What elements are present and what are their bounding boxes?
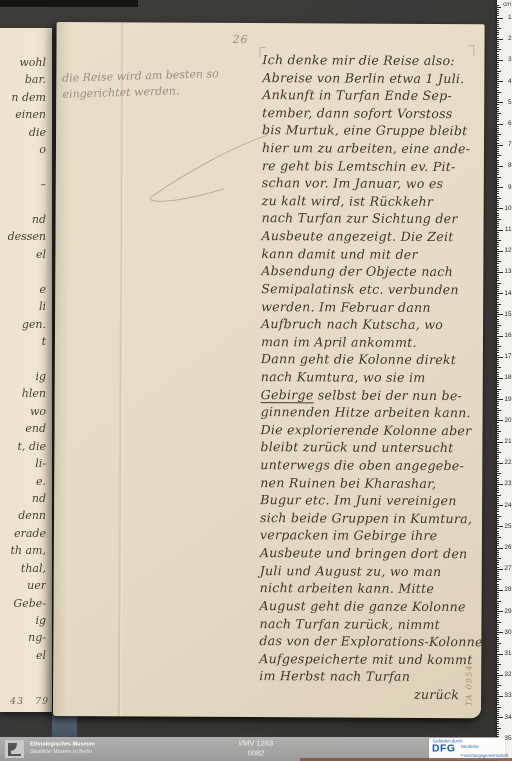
- ruler-tick: [497, 274, 499, 275]
- ruler-tick: [497, 516, 501, 517]
- ruler-tick: [497, 100, 499, 101]
- ruler-tick: [497, 690, 499, 691]
- ruler-tick: [497, 613, 499, 614]
- ruler-tick: [497, 647, 499, 648]
- ruler-tick: [497, 456, 499, 457]
- ruler-tick: [497, 43, 499, 44]
- ruler-tick: [497, 49, 501, 50]
- ruler-number: 15: [501, 312, 512, 316]
- left-page-line: [0, 350, 46, 367]
- ruler-tick: [497, 181, 499, 182]
- left-page: wohlbar.n demeinendieo–nddesseneleligen.…: [0, 28, 52, 712]
- ruler-tick: [497, 658, 499, 659]
- ruler-tick: [497, 227, 499, 228]
- ruler-tick: [497, 503, 499, 504]
- ruler-tick: [497, 609, 499, 610]
- ruler-tick: [497, 520, 499, 521]
- ruler-tick: [497, 486, 499, 487]
- ruler-tick: [497, 198, 501, 199]
- ruler-tick: [497, 168, 499, 169]
- ruler-tick: [497, 51, 499, 52]
- ruler-tick: [497, 77, 499, 78]
- manuscript-line: das von der Explorations-Kolonne: [259, 632, 481, 651]
- ruler-tick: [497, 702, 499, 703]
- ruler-tick: [497, 217, 499, 218]
- ruler-tick: [497, 98, 499, 99]
- ruler-tick: [497, 367, 501, 368]
- ruler-tick: [497, 641, 499, 642]
- manuscript-line: sich beide Gruppen in Kumtura,: [260, 509, 482, 528]
- ruler-tick: [497, 488, 499, 489]
- left-page-line: gen.: [0, 316, 46, 333]
- ruler-tick: [497, 37, 499, 38]
- ruler-tick: [497, 567, 499, 568]
- ruler-number: 32: [501, 672, 512, 676]
- ruler-number: 7: [501, 142, 512, 146]
- left-page-line: dessen: [0, 228, 46, 245]
- ruler-tick: [497, 458, 499, 459]
- ruler-tick: [497, 522, 499, 523]
- ruler-tick: [497, 603, 499, 604]
- ruler-tick: [497, 656, 499, 657]
- ruler-tick: [497, 677, 499, 678]
- ruler-tick: [497, 149, 499, 150]
- ruler-tick: [497, 283, 501, 284]
- left-page-line: e.: [0, 473, 46, 490]
- left-page-line: Gebe-: [0, 595, 46, 612]
- ruler-tick: [497, 310, 499, 311]
- ruler-tick: [497, 306, 499, 307]
- ruler-tick: [497, 94, 499, 95]
- ruler-tick: [497, 511, 499, 512]
- left-page-line: el: [0, 647, 46, 664]
- ruler-tick: [497, 475, 499, 476]
- ruler-number: 12: [501, 248, 512, 252]
- ruler-tick: [497, 473, 501, 474]
- ruler-tick: [497, 620, 499, 621]
- ruler-number: 17: [501, 354, 512, 358]
- ruler-tick: [497, 730, 499, 731]
- ruler-number: 19: [501, 397, 512, 401]
- ruler-tick: [497, 660, 499, 661]
- manuscript-line: August geht die ganze Kolonne: [260, 597, 482, 616]
- ruler-tick: [497, 346, 501, 347]
- ruler-tick: [497, 242, 499, 243]
- ruler-tick: [497, 586, 499, 587]
- ruler-tick: [497, 289, 499, 290]
- ruler-tick: [497, 331, 499, 332]
- ruler-tick: [497, 83, 499, 84]
- ruler-tick: [497, 429, 499, 430]
- ruler-tick: [497, 361, 499, 362]
- ruler-tick: [497, 626, 499, 627]
- manuscript-line: werden. Im Februar dann: [261, 298, 483, 317]
- manuscript-line: nach Kumtura, wo sie im: [261, 368, 483, 387]
- ruler-tick: [497, 507, 499, 508]
- ruler-tick: [497, 179, 499, 180]
- ruler-tick: [497, 143, 499, 144]
- ruler-tick: [497, 202, 499, 203]
- ruler-tick: [497, 350, 499, 351]
- ruler-tick: [497, 140, 499, 141]
- ruler-tick: [497, 465, 499, 466]
- manuscript-line: Absendung der Objecte nach: [261, 262, 483, 281]
- ruler-tick: [497, 501, 499, 502]
- left-page-line: ng-: [0, 629, 46, 646]
- left-page-line: denn: [0, 507, 46, 524]
- ruler-tick: [497, 575, 499, 576]
- ruler-tick: [497, 285, 499, 286]
- ruler-tick: [497, 662, 499, 663]
- manuscript-line: unterwegs die oben angegebe-: [260, 456, 482, 475]
- ruler-number: 31: [501, 651, 512, 655]
- ruler-tick: [497, 87, 499, 88]
- left-page-line: o: [0, 141, 46, 158]
- ruler-tick: [497, 726, 499, 727]
- ruler-number: 6: [501, 121, 512, 125]
- ruler-tick: [497, 340, 499, 341]
- ruler-tick: [497, 147, 499, 148]
- ruler-tick: [497, 96, 499, 97]
- inventory-labels: I/MV 1263 0082: [208, 740, 304, 760]
- ruler-tick: [497, 151, 499, 152]
- ruler-tick: [497, 348, 499, 349]
- left-page-line: thal,: [0, 560, 46, 577]
- ruler-tick: [497, 687, 499, 688]
- ruler-tick: [497, 312, 499, 313]
- ruler-tick: [497, 622, 501, 623]
- ruler-tick: [497, 204, 499, 205]
- ruler-number: 5: [501, 100, 512, 104]
- ruler-tick: [497, 427, 499, 428]
- ruler-tick: [497, 316, 499, 317]
- left-page-line: e: [0, 281, 46, 298]
- left-page-line: erade: [0, 525, 46, 542]
- ruler-tick: [497, 359, 499, 360]
- ruler-tick: [497, 107, 499, 108]
- manuscript-line: nen Ruinen bei Kharashar,: [260, 474, 482, 493]
- ruler-tick: [497, 20, 499, 21]
- ruler-tick: [497, 344, 499, 345]
- ruler-tick: [497, 482, 499, 483]
- ruler-tick: [497, 543, 499, 544]
- dfg-logo: DFG: [432, 743, 455, 754]
- page-number: 26: [233, 33, 249, 46]
- left-page-line: th am,: [0, 542, 46, 559]
- pencil-number: 79: [35, 696, 49, 707]
- ruler-tick: [497, 651, 499, 652]
- ruler-tick: [497, 596, 499, 597]
- manuscript-line: nach Turfan zur Sichtung der: [262, 210, 484, 229]
- left-page-line: [0, 194, 46, 211]
- ruler-tick: [497, 278, 499, 279]
- left-page-line: wohl: [0, 54, 46, 71]
- left-page-fragments: wohlbar.n demeinendieo–nddesseneleligen.…: [0, 54, 46, 664]
- ruler-tick: [497, 713, 499, 714]
- ruler-tick: [497, 153, 499, 154]
- ruler-tick: [497, 639, 499, 640]
- ruler-tick: [497, 299, 499, 300]
- underlined-word: Gebirge: [261, 387, 314, 403]
- ruler-tick: [497, 11, 499, 12]
- ruler-tick: [497, 592, 499, 593]
- ruler-tick: [497, 24, 499, 25]
- ruler-tick: [497, 395, 499, 396]
- ruler-tick: [497, 384, 499, 385]
- ruler-tick: [497, 707, 501, 708]
- ruler-number: 1: [501, 15, 512, 19]
- ruler-tick: [497, 401, 499, 402]
- scan-number: 0082: [220, 750, 292, 758]
- ruler-tick: [497, 490, 499, 491]
- left-page-line: el: [0, 246, 46, 263]
- ruler-tick: [497, 469, 499, 470]
- ruler-tick: [497, 85, 499, 86]
- ruler-tick: [497, 495, 501, 496]
- ruler-tick: [497, 92, 501, 93]
- ruler-tick: [497, 206, 499, 207]
- ruler-tick: [497, 649, 499, 650]
- page-crease: [117, 22, 126, 716]
- manuscript-line: bleibt zurück und untersucht: [260, 438, 482, 457]
- ruler-tick: [497, 164, 499, 165]
- ruler-tick: [497, 236, 499, 237]
- ruler-tick: [497, 564, 499, 565]
- manuscript-line: nach Turfan zurück, nimmt: [259, 615, 481, 634]
- ruler-tick: [497, 439, 499, 440]
- ruler-tick: [497, 601, 501, 602]
- manuscript-line: nicht arbeiten kann. Mitte: [260, 579, 482, 598]
- ruler-number: 24: [501, 503, 512, 507]
- ruler-tick: [497, 391, 499, 392]
- manuscript-line: bis Murtuk, eine Gruppe bleibt: [262, 122, 484, 141]
- left-page-line: nd: [0, 490, 46, 507]
- ruler-tick: [497, 704, 499, 705]
- ruler-tick: [497, 492, 499, 493]
- ruler-tick: [497, 261, 501, 262]
- ruler-tick: [497, 579, 501, 580]
- ruler-tick: [497, 213, 499, 214]
- ruler-tick: [497, 594, 499, 595]
- ruler-tick: [497, 524, 499, 525]
- ruler-tick: [497, 617, 499, 618]
- manuscript-line: re geht bis Lemtschin ev. Pit-: [262, 157, 484, 176]
- ruler-tick: [497, 342, 499, 343]
- ruler-tick: [497, 73, 499, 74]
- ruler-tick: [497, 225, 499, 226]
- manuscript-line: Abreise von Berlin etwa 1 Juli.: [262, 69, 484, 88]
- ruler-tick: [497, 138, 499, 139]
- ruler-tick: [497, 196, 499, 197]
- ruler-tick: [497, 435, 499, 436]
- ruler-tick: [497, 562, 499, 563]
- ruler-tick: [497, 588, 499, 589]
- ruler-tick: [497, 666, 499, 667]
- ruler-tick: [497, 480, 499, 481]
- ruler-tick: [497, 221, 499, 222]
- manuscript-line: hier um zu arbeiten, eine ande-: [262, 139, 484, 158]
- ruler-tick: [497, 577, 499, 578]
- ruler-tick: [497, 531, 499, 532]
- ruler-number: 20: [501, 418, 512, 422]
- ruler-number: 11: [501, 227, 512, 231]
- ruler-tick: [497, 329, 499, 330]
- ruler-tick: [497, 560, 499, 561]
- ruler-tick: [497, 79, 499, 80]
- ruler-tick: [497, 598, 499, 599]
- ruler-tick: [497, 437, 499, 438]
- ruler-tick: [497, 637, 499, 638]
- ruler-tick: [497, 22, 499, 23]
- ruler-number: 10: [501, 206, 512, 210]
- ruler-tick: [497, 62, 499, 63]
- ruler-tick: [497, 552, 499, 553]
- ruler-tick: [497, 607, 499, 608]
- manuscript-line: Semipalatinsk etc. verbunden: [261, 280, 483, 299]
- ruler-tick: [497, 734, 499, 735]
- ruler-number: 2: [501, 36, 512, 40]
- annotation-line: eingerichtet werden.: [62, 82, 219, 103]
- ruler-tick: [497, 454, 499, 455]
- left-page-line: li: [0, 298, 46, 315]
- ruler-tick: [497, 681, 499, 682]
- ruler-tick: [497, 189, 499, 190]
- ruler-tick: [497, 584, 499, 585]
- ruler-tick: [497, 45, 499, 46]
- ruler-tick: [497, 556, 499, 557]
- ruler-tick: [497, 558, 501, 559]
- ruler-tick: [497, 113, 501, 114]
- ruler-tick: [497, 410, 501, 411]
- ruler-tick: [497, 109, 499, 110]
- manuscript-line: Ausbeute und bringen dort den: [260, 544, 482, 563]
- ruler-tick: [497, 223, 499, 224]
- ruler-tick: [497, 450, 499, 451]
- ruler-tick: [497, 75, 499, 76]
- ruler-tick: [497, 170, 499, 171]
- ruler-tick: [497, 418, 499, 419]
- ruler-tick: [497, 382, 499, 383]
- ruler-tick: [497, 325, 501, 326]
- ruler-tick: [497, 90, 499, 91]
- ruler-number: 3: [501, 58, 512, 62]
- ruler-tick: [497, 414, 499, 415]
- ruler-tick: [497, 554, 499, 555]
- ruler-tick: [497, 550, 499, 551]
- ruler-tick: [497, 393, 499, 394]
- manuscript-line: Die explorierende Kolonne aber: [260, 421, 482, 440]
- ruler-tick: [497, 338, 499, 339]
- ruler-tick: [497, 126, 499, 127]
- ruler-tick: [497, 643, 501, 644]
- manuscript-line: Ausbeute angezeigt. Die Zeit: [261, 227, 483, 246]
- ruler-tick: [497, 715, 499, 716]
- ruler-tick: [497, 323, 499, 324]
- manuscript-line: man im April ankommt.: [261, 333, 483, 352]
- ruler-number: 21: [501, 439, 512, 443]
- ruler-tick: [497, 234, 499, 235]
- ruler-number: 34: [501, 715, 512, 719]
- ruler-tick: [497, 200, 499, 201]
- ruler-tick: [497, 700, 499, 701]
- ruler-tick: [497, 664, 501, 665]
- left-page-line: li-: [0, 455, 46, 472]
- manuscript-page: 26 die Reise wird am besten so eingerich…: [53, 22, 485, 718]
- ruler-tick: [497, 117, 499, 118]
- ruler-tick: [497, 321, 499, 322]
- ruler-tick: [497, 670, 499, 671]
- ruler-tick: [497, 268, 499, 269]
- left-page-line: t, die: [0, 438, 46, 455]
- left-page-line: ig: [0, 368, 46, 385]
- ruler-unit-label: cm: [503, 1, 511, 8]
- ruler-tick: [497, 136, 499, 137]
- manuscript-lines: Ich denke mir die Reise also:Abreise von…: [259, 51, 484, 704]
- ruler-tick: [497, 30, 499, 31]
- ruler-tick: [497, 518, 499, 519]
- ruler-tick: [497, 422, 499, 423]
- manuscript-line: Aufbruch nach Kutscha, wo: [261, 315, 483, 334]
- ruler-number: 26: [501, 545, 512, 549]
- ruler-number: 23: [501, 482, 512, 486]
- ruler-tick: [497, 615, 499, 616]
- left-page-line: bar.: [0, 71, 46, 88]
- ruler-tick: [497, 446, 499, 447]
- ruler-tick: [497, 685, 501, 686]
- ruler-tick: [497, 104, 499, 105]
- manuscript-line: ginnenden Hitze arbeiten kann.: [261, 403, 483, 422]
- ruler-tick: [497, 68, 499, 69]
- left-page-line: t: [0, 333, 46, 350]
- ruler-number: 33: [501, 694, 512, 698]
- ruler-tick: [497, 376, 499, 377]
- ruler-tick: [497, 215, 499, 216]
- ruler-tick: [497, 9, 499, 10]
- ruler-tick: [497, 539, 499, 540]
- ruler-tick: [497, 497, 499, 498]
- ruler-tick: [497, 478, 499, 479]
- pencil-number: 43: [10, 696, 24, 707]
- ruler-tick: [497, 645, 499, 646]
- left-page-line: n dem: [0, 89, 46, 106]
- ruler-tick: [497, 719, 499, 720]
- ruler-tick: [497, 183, 499, 184]
- ruler-number: 13: [501, 270, 512, 274]
- ruler-tick: [497, 711, 499, 712]
- ruler-tick: [497, 416, 499, 417]
- museum-logo-icon: [5, 740, 24, 758]
- manuscript-line: verpacken im Gebirge ihre: [260, 527, 482, 546]
- ruler-tick: [497, 721, 499, 722]
- ruler-tick: [497, 433, 499, 434]
- inventory-number: I/MV 1263: [220, 740, 292, 748]
- ruler-tick: [497, 709, 499, 710]
- ruler-tick: [497, 160, 499, 161]
- ruler-tick: [497, 327, 499, 328]
- pencil-annotation: die Reise wird am besten so eingerichtet…: [62, 66, 220, 103]
- ruler-tick: [497, 255, 499, 256]
- left-page-line: end: [0, 420, 46, 437]
- ruler-tick: [497, 297, 499, 298]
- ruler-tick: [497, 408, 499, 409]
- ruler-number: 25: [501, 524, 512, 528]
- ruler-tick: [497, 630, 499, 631]
- ruler-tick: [497, 64, 499, 65]
- manuscript-line: Gebirge selbst bei der nun be-: [261, 386, 483, 405]
- ruler-tick: [497, 541, 499, 542]
- ruler-tick: [497, 240, 501, 241]
- ruler-tick: [497, 134, 501, 135]
